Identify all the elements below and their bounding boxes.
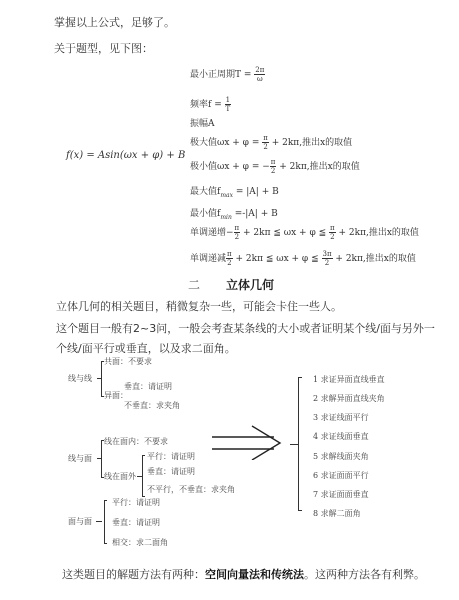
conclusion-bold: 空间向量法和传统法 [205,568,304,581]
node-line-plane: 线与面 [68,453,92,464]
result-item: 4 求证线面垂直 [313,431,369,442]
result-item: 5 求解线面夹角 [313,451,369,462]
formula-min-value: 最小值fmin =-|A| + B [190,206,278,221]
node-in-plane: 线在面内：不要求 [104,436,168,447]
result-item: 3 求证线面平行 [313,412,369,423]
conclusion: 这类题目的解题方法有两种：空间向量法和传统法。这两种方法各有利弊。 [62,566,425,582]
node-skew-perp: 垂直：请证明 [124,381,172,392]
formula-period: 最小正周期T = 2πω [190,66,265,83]
brace-tick [298,510,302,511]
section-title: 立体几何 [226,276,274,293]
node-coplanar: 共面：不要求 [104,356,152,367]
double-arrow-icon [210,420,285,460]
node-line-line: 线与线 [68,373,92,384]
formula-max-value: 最大值fmax = |A| + B [190,184,279,199]
section-para-2a: 这个题目一般有2~3问，一般会考查某条线的大小或者证明某个线/面与另外一 [56,320,435,336]
results-brace [298,377,299,511]
node-plane-parallel: 平行：请证明 [112,497,160,508]
node-out-plane: 线在面外 [104,471,136,482]
intro-line-1: 掌握以上公式，足够了。 [54,14,175,30]
brace-tick [298,377,302,378]
result-item: 6 求证面面平行 [313,470,369,481]
section-number: 二 [188,276,200,293]
brace-tick [142,455,145,456]
section-para-2b: 个线/面平行或垂直，以及求二面角。 [56,340,236,356]
result-item: 1 求证异面直线垂直 [313,374,385,385]
formula-amplitude: 振幅A [190,116,215,129]
brace [142,455,143,497]
result-item: 7 求证面面垂直 [313,489,369,500]
trig-function: f(x) = Asin(ωx + φ) + B [66,150,185,161]
brace-tick [104,500,107,501]
formula-increasing: 单调递增−π2 + 2kπ ≦ ωx + φ ≦ π2 + 2kπ,推出x的取值 [190,224,419,241]
brace [104,500,105,544]
formula-frequency: 频率f = 1T [190,96,231,113]
node-plane-intersect: 相交：求二面角 [112,537,168,548]
result-item: 2 求解异面直线夹角 [313,393,385,404]
intro-line-2: 关于题型，见下图： [54,40,153,56]
conclusion-post: 。这两种方法各有利弊。 [304,568,425,581]
result-item: 8 求解二面角 [313,508,361,519]
brace [101,440,102,478]
node-plane-plane: 面与面 [68,516,92,527]
formula-local-max: 极大值ωx + φ = π2 + 2kπ,推出x的取值 [190,134,352,151]
node-out-neither: 不平行，不垂直：求夹角 [147,484,235,495]
conclusion-pre: 这类题目的解题方法有两种： [62,568,205,581]
connector [290,444,298,445]
formula-decreasing: 单调递减π2 + 2kπ ≦ ωx + φ ≦ 3π2 + 2kπ,推出x的取值 [190,250,416,267]
brace-tick [104,543,107,544]
node-out-perp: 垂直：请证明 [147,466,195,477]
brace [101,361,102,397]
connector [96,521,102,522]
formula-local-min: 极小值ωx + φ = −π2 + 2kπ,推出x的取值 [190,158,360,175]
node-out-parallel: 平行：请证明 [147,451,195,462]
section-para-1: 立体几何的相关题目，稍微复杂一些，可能会卡住一些人。 [56,298,342,314]
node-skew-not-perp: 不垂直：求夹角 [124,400,180,411]
node-plane-perp: 垂直：请证明 [112,517,160,528]
